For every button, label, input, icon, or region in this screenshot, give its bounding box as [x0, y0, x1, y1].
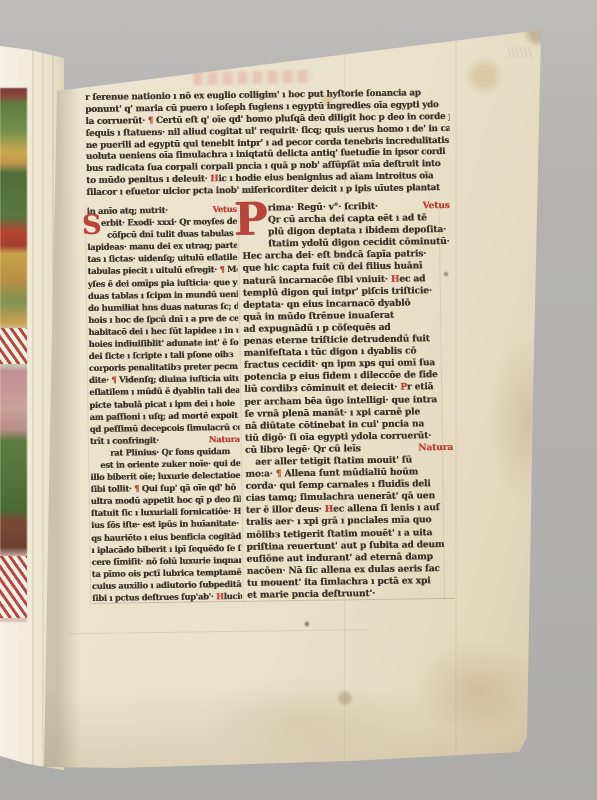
ruling-line-horizontal — [69, 629, 369, 634]
left-text-column: in anīo atq; nutrit·Vetuserbit· Exodi· x… — [87, 203, 243, 604]
text-layer: r ſerenue nationio ı nō ex euglio collig… — [85, 88, 462, 613]
folio-mark — [506, 47, 532, 58]
manuscript-page: r ſerenue nationio ı nō ex euglio collig… — [0, 0, 597, 800]
right-text-column: rima· Regū· v°· ſcribit·VetusQr cū archa… — [242, 200, 456, 602]
top-text-block: r ſerenue nationio ı nō ex euglio collig… — [85, 88, 450, 200]
manuscript-photo: r ſerenue nationio ı nō ex euglio collig… — [0, 0, 597, 800]
illumination-chevron-pattern — [0, 556, 27, 618]
faded-running-title — [193, 70, 313, 86]
illumination-chevron-pattern — [0, 328, 27, 364]
